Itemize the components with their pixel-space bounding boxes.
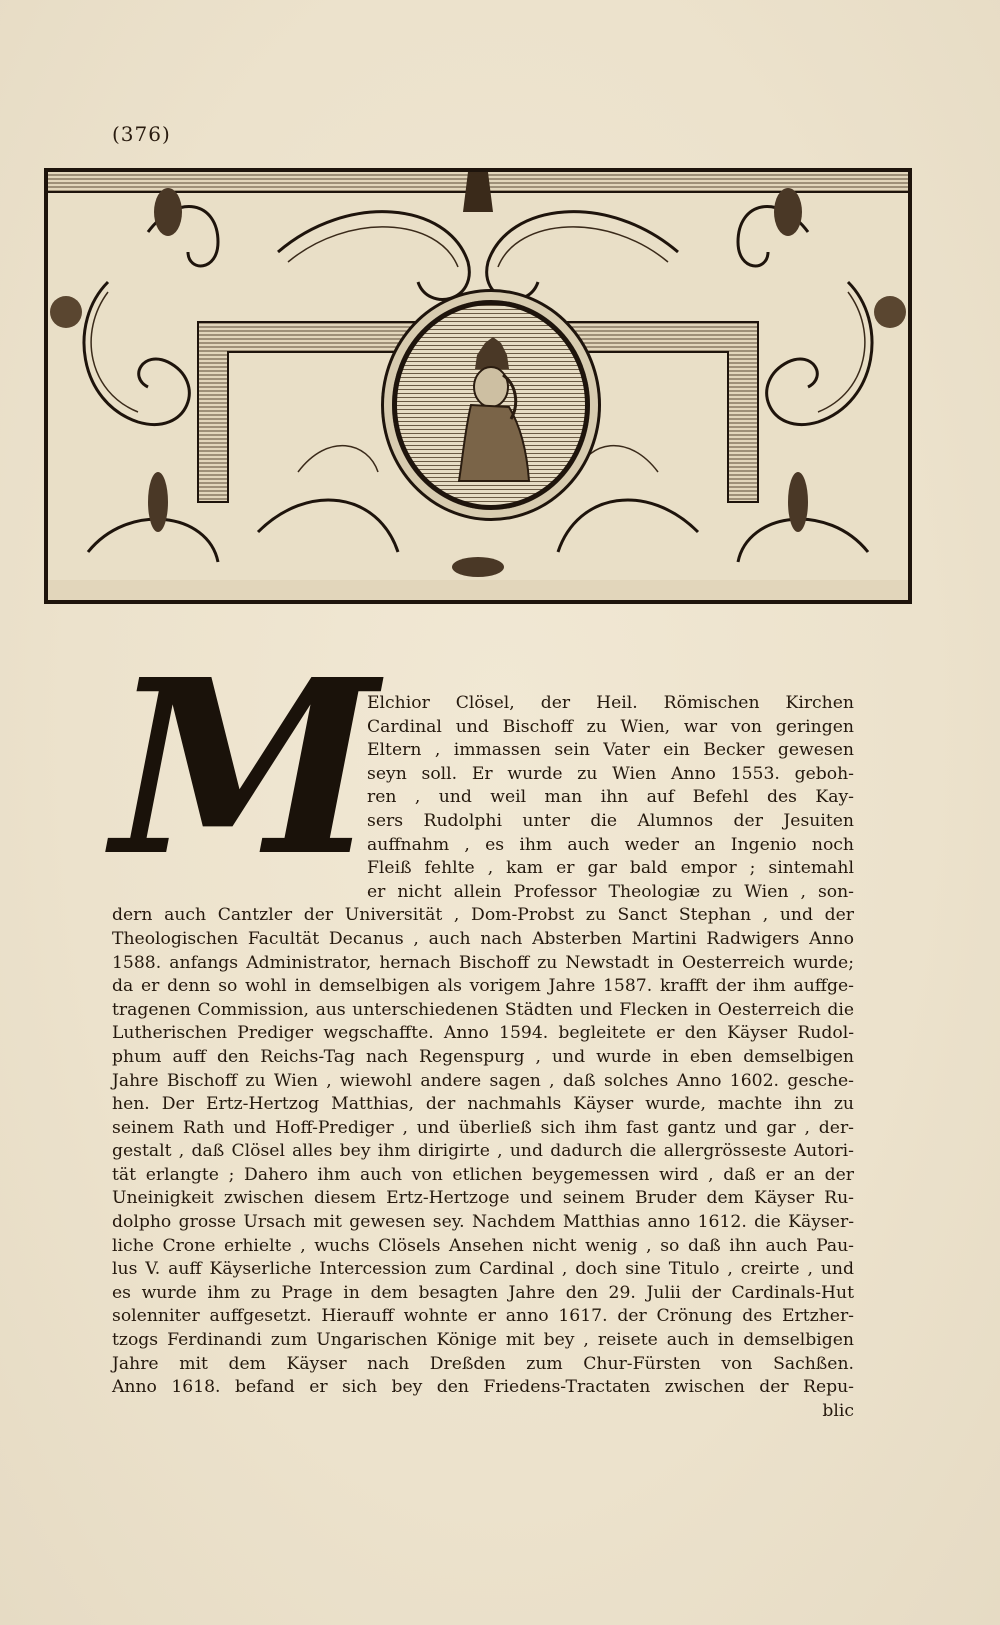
text-line: lus V. auff Käyserliche Intercession zum… (112, 1258, 854, 1282)
text-line: 1588. anfangs Administrator, hernach Bis… (112, 952, 854, 976)
text-line: Anno 1618. befand er sich bey den Friede… (112, 1376, 854, 1400)
text-line: hen. Der Ertz-Hertzog Matthias, der nach… (112, 1093, 854, 1117)
text-line: seinem Rath und Hoff-Prediger , und über… (112, 1117, 854, 1141)
text-line: tragenen Commission, aus unterschiedenen… (112, 999, 854, 1023)
text-line: Jahre Bischoff zu Wien , wiewohl andere … (112, 1070, 854, 1094)
text-line: liche Crone erhielte , wuchs Clösels Ans… (112, 1235, 854, 1259)
text-line: da er denn so wohl in demselbigen als vo… (112, 975, 854, 999)
page-number: (376) (112, 122, 171, 146)
catchword: blic (112, 1400, 854, 1424)
crowned-bust-icon (445, 335, 535, 485)
text-line: auffnahm , es ihm auch weder an Ingenio … (112, 834, 854, 858)
body-text: Elchior Clösel, der Heil. Römischen Kirc… (112, 692, 854, 1423)
text-line: Theologischen Facultät Decanus , auch na… (112, 928, 854, 952)
text-line: gestalt , daß Clösel alles bey ihm dirig… (112, 1140, 854, 1164)
text-line: Fleiß fehlte , kam er gar bald empor ; s… (112, 857, 854, 881)
text-line: es wurde ihm zu Prage in dem besagten Ja… (112, 1282, 854, 1306)
text-line: Elchior Clösel, der Heil. Römischen Kirc… (112, 692, 854, 716)
text-line: Uneinigkeit zwischen diesem Ertz-Hertzog… (112, 1187, 854, 1211)
text-line: solenniter auffgesetzt. Hierauff wohnte … (112, 1305, 854, 1329)
text-line: seyn soll. Er wurde zu Wien Anno 1553. g… (112, 763, 854, 787)
text-line: er nicht allein Professor Theologiæ zu W… (112, 881, 854, 905)
book-page: (376) (0, 0, 1000, 1625)
text-line: Jahre mit dem Käyser nach Dreßden zum Ch… (112, 1353, 854, 1377)
text-line: dolpho grosse Ursach mit gewesen sey. Na… (112, 1211, 854, 1235)
text-line: Cardinal und Bischoff zu Wien, war von g… (112, 716, 854, 740)
text-line: Lutherischen Prediger wegschaffte. Anno … (112, 1022, 854, 1046)
text-line: sers Rudolphi unter die Alumnos der Jesu… (112, 810, 854, 834)
medallion-portrait (392, 300, 590, 510)
text-line: tät erlangte ; Dahero ihm auch von etlic… (112, 1164, 854, 1188)
text-line: phum auff den Reichs-Tag nach Regenspurg… (112, 1046, 854, 1070)
text-line: dern auch Cantzler der Universität , Dom… (112, 904, 854, 928)
text-line: ren , und weil man ihn auf Befehl des Ka… (112, 786, 854, 810)
text-line: tzogs Ferdinandi zum Ungarischen Könige … (112, 1329, 854, 1353)
text-line: Eltern , immassen sein Vater ein Becker … (112, 739, 854, 763)
